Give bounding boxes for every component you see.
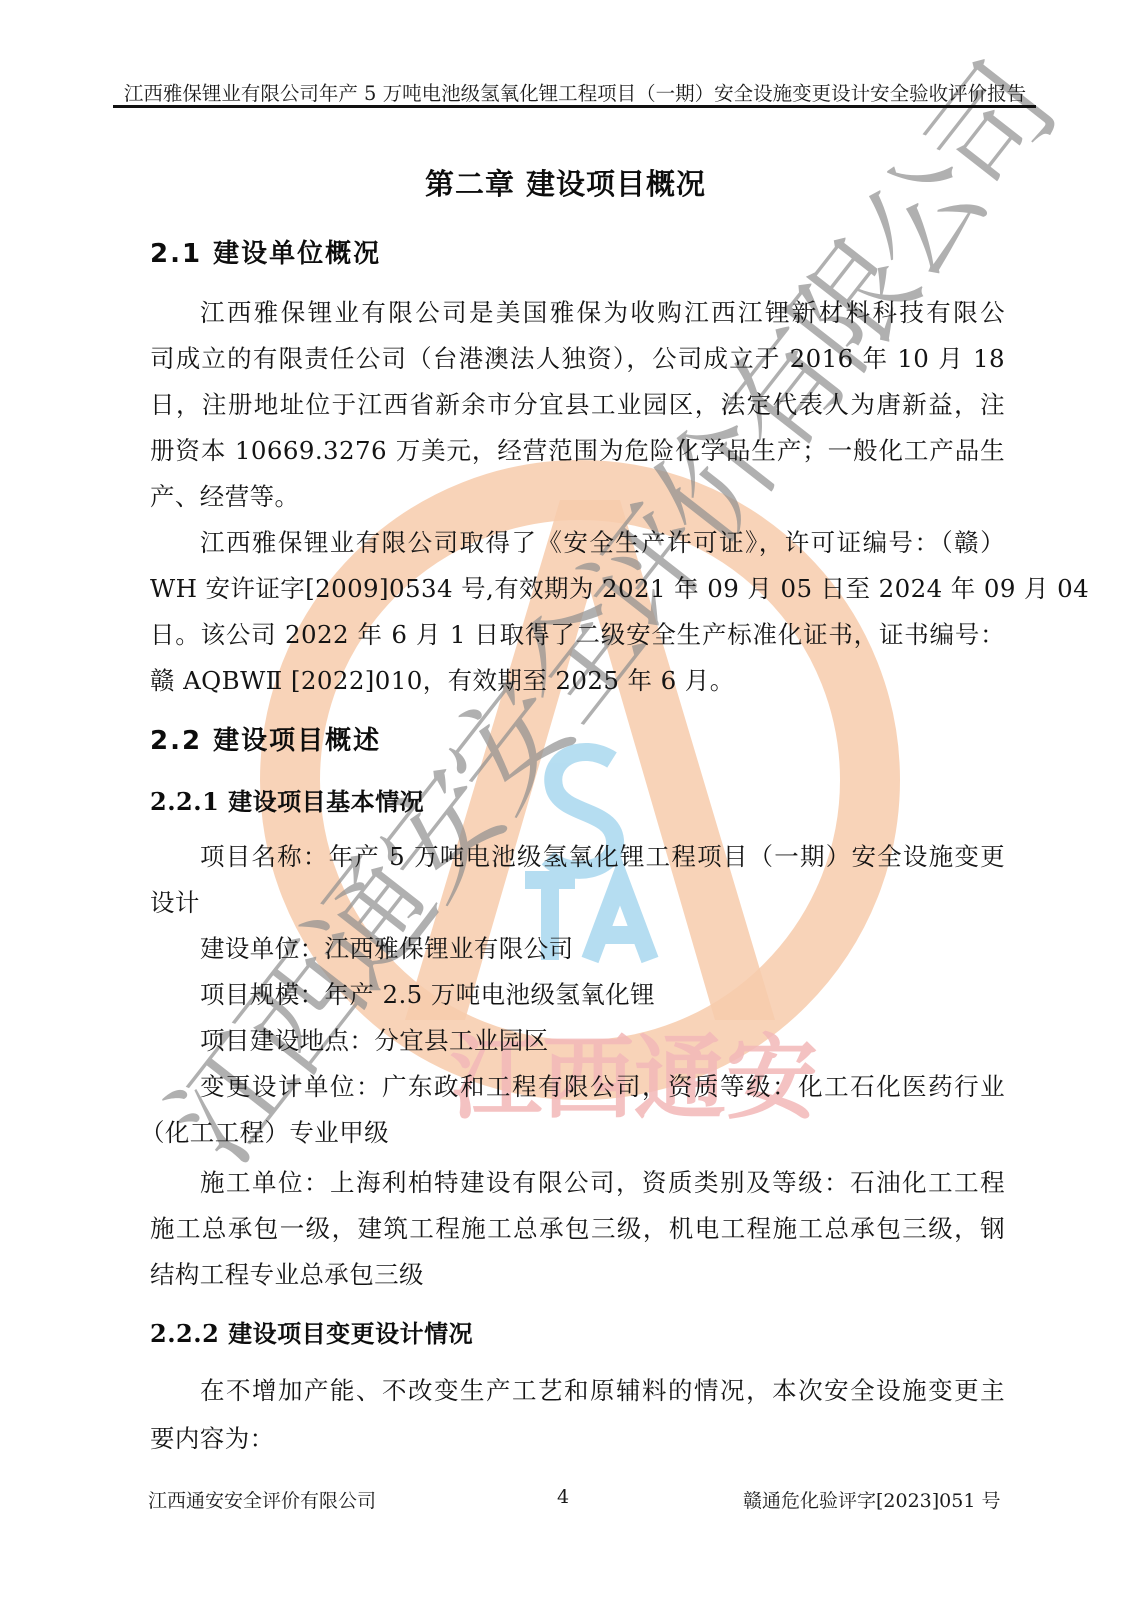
construction-unit: 建设单位：江西雅保锂业有限公司 [200,930,1005,965]
project-location: 项目建设地点：分宜县工业园区 [200,1022,1005,1057]
project-name-line: 项目名称：年产 5 万吨电池级氢氧化锂工程项目（一期）安全设施变更 [200,838,1005,873]
design-unit-line: 变更设计单位：广东政和工程有限公司，资质等级：化工石化医药行业 [200,1068,1005,1103]
footer-doc-number: 赣通危化验评字[2023]051 号 [743,1486,1000,1513]
paragraph-line: 册资本 10669.3276 万美元，经营范围为危险化学品生产；一般化工产品生 [150,432,1005,467]
paragraph-line: 产、经营等。 [150,478,1005,513]
project-name-line: 设计 [150,884,1005,919]
paragraph-line: WH 安许证字[2009]0534 号,有效期为 2021 年 09 月 05 … [150,570,1005,605]
running-header: 江西雅保锂业有限公司年产 5 万吨电池级氢氧化锂工程项目（一期）安全设施变更设计… [115,78,1035,106]
paragraph-line: 日。该公司 2022 年 6 月 1 日取得了二级安全生产标准化证书，证书编号： [150,616,1005,651]
contractor-line: 施工总承包一级，建筑工程施工总承包三级，机电工程施工总承包三级，钢 [150,1210,1005,1245]
header-rule [113,105,1036,108]
paragraph-line: 要内容为： [150,1420,1005,1455]
project-scale: 项目规模：年产 2.5 万吨电池级氢氧化锂 [200,976,1005,1011]
contractor-line: 施工单位：上海利柏特建设有限公司，资质类别及等级：石油化工工程 [200,1164,1005,1199]
paragraph-line: 在不增加产能、不改变生产工艺和原辅料的情况，本次安全设施变更主 [200,1372,1005,1407]
paragraph-line: 司成立的有限责任公司（台港澳法人独资），公司成立于 2016 年 10 月 18 [150,340,1005,375]
contractor-line: 结构工程专业总承包三级 [150,1256,1005,1291]
section-heading-2-1: 2.1 建设单位概况 [150,233,381,270]
footer-company: 江西通安安全评价有限公司 [148,1486,376,1513]
paragraph-line: 江西雅保锂业有限公司是美国雅保为收购江西江锂新材料科技有限公 [200,294,1005,329]
section-heading-2-2: 2.2 建设项目概述 [150,720,381,757]
design-unit-line: （化工工程）专业甲级 [140,1114,995,1149]
footer-page-number: 4 [557,1486,569,1508]
paragraph-line: 江西雅保锂业有限公司取得了《安全生产许可证》，许可证编号：（赣） [200,524,1005,559]
section-heading-2-2-2: 2.2.2 建设项目变更设计情况 [150,1314,473,1349]
chapter-title: 第二章 建设项目概况 [0,162,1131,203]
section-heading-2-2-1: 2.2.1 建设项目基本情况 [150,782,424,817]
document-page: 江西雅保锂业有限公司年产 5 万吨电池级氢氧化锂工程项目（一期）安全设施变更设计… [0,0,1131,1600]
paragraph-line: 日，注册地址位于江西省新余市分宜县工业园区，法定代表人为唐新益，注 [150,386,1005,421]
paragraph-line: 赣 AQBWⅡ [2022]010，有效期至 2025 年 6 月。 [150,662,1005,697]
